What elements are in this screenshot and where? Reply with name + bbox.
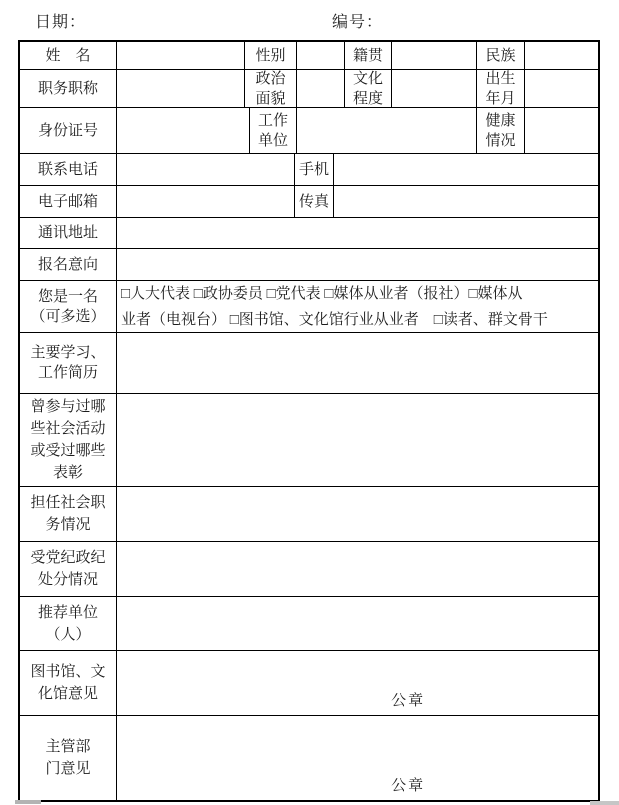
identity-label: 您是一名 （可多选） <box>20 281 117 332</box>
political-status-input-cell[interactable] <box>297 70 345 107</box>
work-unit-input-cell[interactable] <box>297 108 477 153</box>
position-label: 职务职称 <box>20 70 117 107</box>
ethnicity-label: 民族 <box>477 42 525 69</box>
name-label: 姓 名 <box>20 42 117 69</box>
mobile-label: 手机 <box>295 154 334 185</box>
health-label: 健康 情况 <box>477 108 525 153</box>
row-name: 姓 名 性别 籍贯 民族 <box>20 42 598 70</box>
row-position: 职务职称 政治 面貌 文化 程度 出生 年月 <box>20 70 598 108</box>
health-input-cell[interactable] <box>525 108 598 153</box>
recommender-label: 推荐单位 （人） <box>20 597 117 650</box>
gender-label: 性别 <box>245 42 297 69</box>
activities-input-cell[interactable] <box>117 394 598 486</box>
intention-input-cell[interactable] <box>117 249 598 280</box>
address-label: 通讯地址 <box>20 218 117 248</box>
birthdate-label: 出生 年月 <box>477 70 525 107</box>
native-place-input-cell[interactable] <box>392 42 477 69</box>
row-recommender: 推荐单位 （人） <box>20 597 598 651</box>
resume-label: 主要学习、 工作简历 <box>20 333 117 393</box>
department-opinion-label: 主管部 门意见 <box>20 716 117 800</box>
date-label: 日期： <box>35 9 86 32</box>
row-identity: 您是一名 （可多选） □人大代表 □政协委员 □党代表 □媒体从业者（报社）□媒… <box>20 281 598 333</box>
activities-label: 曾参与过哪 些社会活动 或受过哪些 表彰 <box>20 394 117 486</box>
row-address: 通讯地址 <box>20 218 598 249</box>
row-activities: 曾参与过哪 些社会活动 或受过哪些 表彰 <box>20 394 598 487</box>
registration-form-table: 姓 名 性别 籍贯 民族 职务职称 政治 面貌 文化 程度 出生 年月 身份证号… <box>18 40 600 802</box>
position-input-cell[interactable] <box>117 70 245 107</box>
library-seal-label: 公章 <box>391 691 425 711</box>
scrollbar-fragment-left[interactable] <box>15 800 41 804</box>
row-discipline: 受党纪政纪 处分情况 <box>20 542 598 597</box>
birthdate-input-cell[interactable] <box>525 70 598 107</box>
fax-input-cell[interactable] <box>334 186 598 217</box>
social-positions-label: 担任社会职 务情况 <box>20 487 117 541</box>
code-label: 编号： <box>332 9 383 32</box>
intention-label: 报名意向 <box>20 249 117 280</box>
scrollbar-fragment-right[interactable] <box>590 801 619 805</box>
discipline-label: 受党纪政纪 处分情况 <box>20 542 117 596</box>
mobile-input-cell[interactable] <box>334 154 598 185</box>
resume-input-cell[interactable] <box>117 333 598 393</box>
library-opinion-label: 图书馆、文 化馆意见 <box>20 651 117 715</box>
discipline-input-cell[interactable] <box>117 542 598 596</box>
row-social-positions: 担任社会职 务情况 <box>20 487 598 542</box>
identity-options[interactable]: □人大代表 □政协委员 □党代表 □媒体从业者（报社）□媒体从 业者（电视台） … <box>117 281 598 332</box>
native-place-label: 籍贯 <box>345 42 392 69</box>
contact-phone-label: 联系电话 <box>20 154 117 185</box>
fax-label: 传真 <box>295 186 334 217</box>
ethnicity-input-cell[interactable] <box>525 42 598 69</box>
social-positions-input-cell[interactable] <box>117 487 598 541</box>
education-input-cell[interactable] <box>392 70 477 107</box>
recommender-input-cell[interactable] <box>117 597 598 650</box>
id-number-input-cell[interactable] <box>117 108 250 153</box>
row-resume: 主要学习、 工作简历 <box>20 333 598 394</box>
department-seal-label: 公章 <box>391 776 425 796</box>
row-email: 电子邮箱 传真 <box>20 186 598 218</box>
name-input-cell[interactable] <box>117 42 245 69</box>
row-intention: 报名意向 <box>20 249 598 281</box>
id-number-label: 身份证号 <box>20 108 117 153</box>
email-label: 电子邮箱 <box>20 186 117 217</box>
political-status-label: 政治 面貌 <box>245 70 297 107</box>
email-input-cell[interactable] <box>117 186 295 217</box>
row-library-opinion: 图书馆、文 化馆意见 公章 <box>20 651 598 716</box>
address-input-cell[interactable] <box>117 218 598 248</box>
contact-phone-input-cell[interactable] <box>117 154 295 185</box>
row-id-number: 身份证号 工作 单位 健康 情况 <box>20 108 598 154</box>
work-unit-label: 工作 单位 <box>250 108 297 153</box>
gender-input-cell[interactable] <box>297 42 345 69</box>
row-department-opinion: 主管部 门意见 公章 <box>20 716 598 800</box>
row-contact-phone: 联系电话 手机 <box>20 154 598 186</box>
department-opinion-input-cell[interactable]: 公章 <box>117 716 598 800</box>
library-opinion-input-cell[interactable]: 公章 <box>117 651 598 715</box>
education-label: 文化 程度 <box>345 70 392 107</box>
